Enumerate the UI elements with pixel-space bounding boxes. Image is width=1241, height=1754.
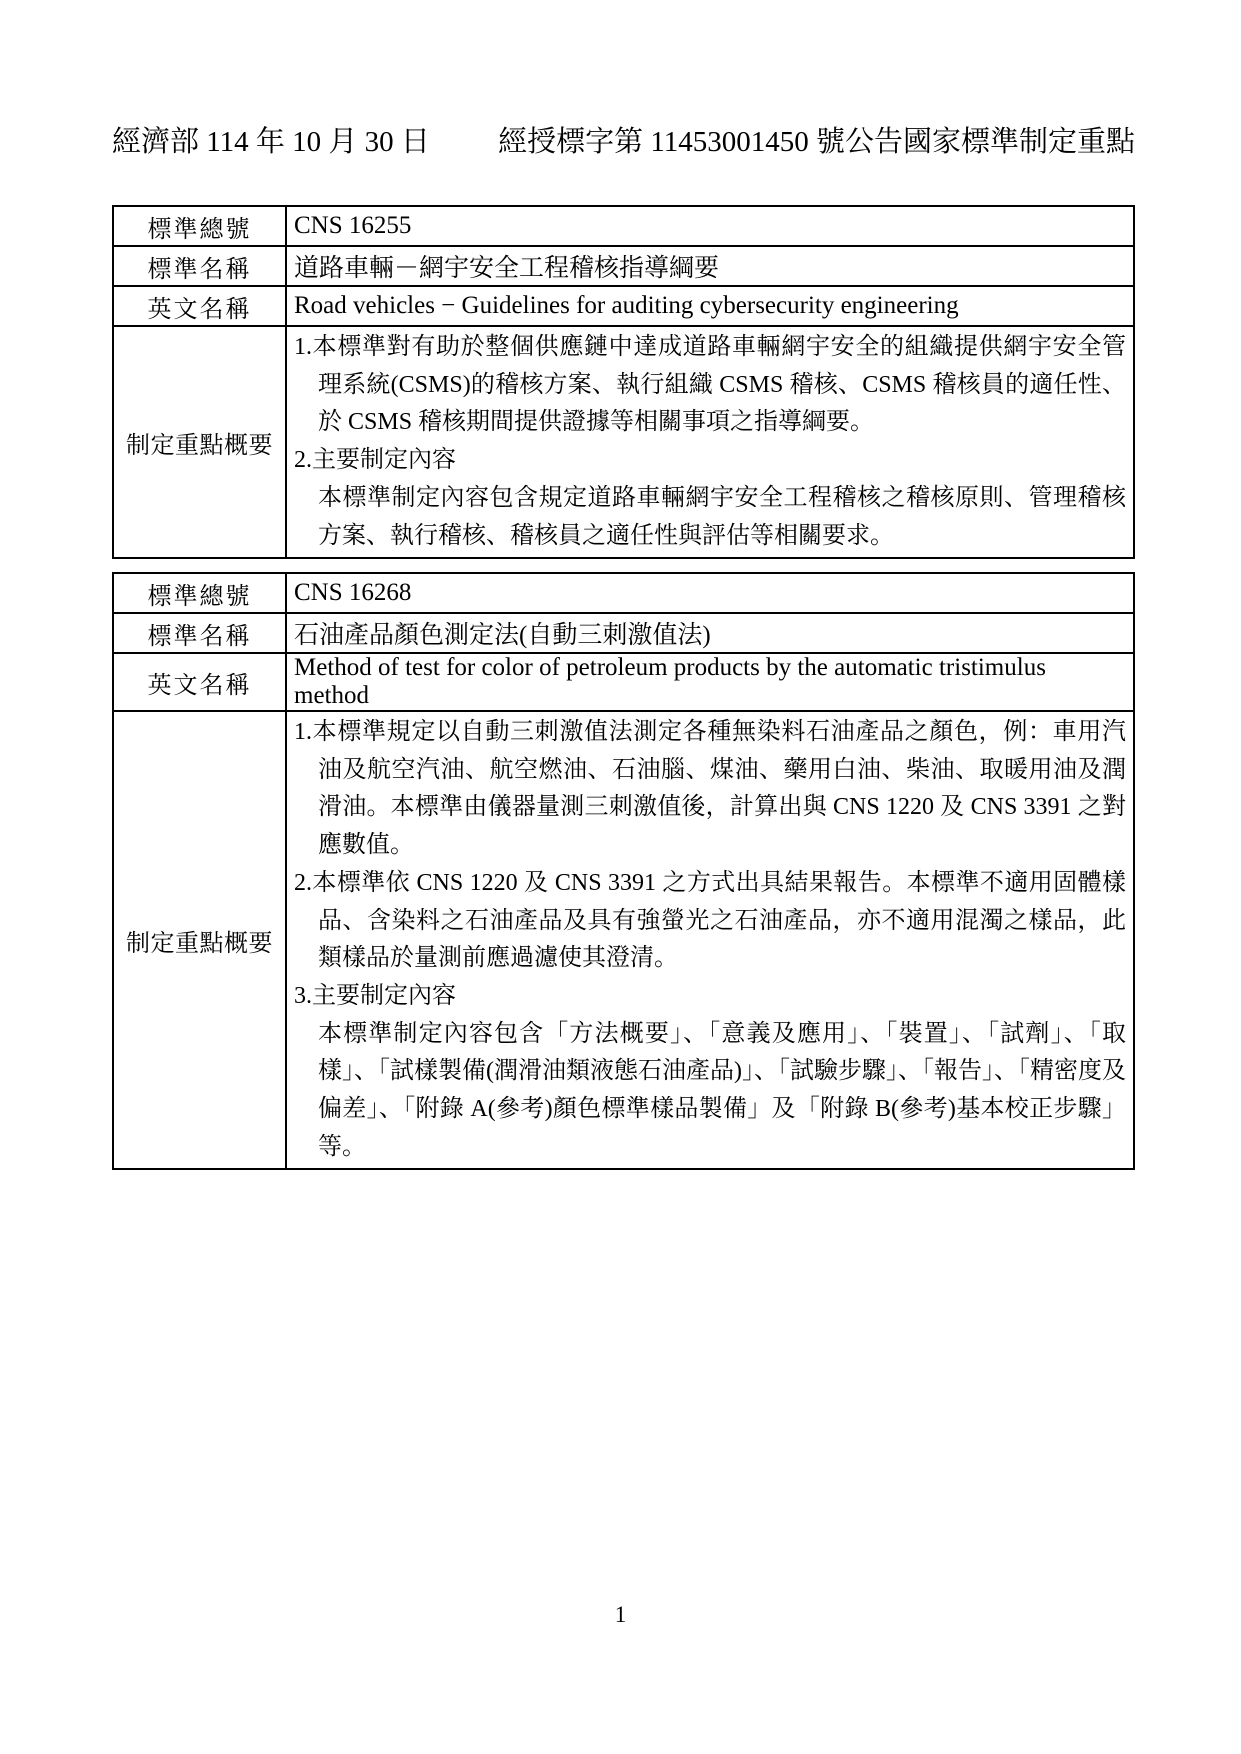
page-number: 1 [0,1602,1241,1628]
std-number-label: 標準總號 [113,573,286,613]
eng-name-label: 英文名稱 [113,286,286,326]
summary-paragraph: 2.主要制定內容 [294,442,1126,480]
table-row: 標準總號 CNS 16268 [113,573,1134,613]
std-name-value: 道路車輛－網宇安全工程稽核指導綱要 [286,246,1134,286]
std-number-value: CNS 16268 [286,573,1134,613]
std-number-label: 標準總號 [113,206,286,246]
summary-content: 1.本標準對有助於整個供應鏈中達成道路車輛網宇安全的組織提供網宇安全管理系統(C… [286,326,1134,558]
table-row: 制定重點概要 1.本標準規定以自動三刺激值法測定各種無染料石油產品之顏色，例：車… [113,711,1134,1169]
document-title-date: 經濟部 114 年 10 月 30 日 [112,124,430,160]
eng-name-label: 英文名稱 [113,653,286,711]
summary-content: 1.本標準規定以自動三刺激值法測定各種無染料石油產品之顏色，例：車用汽油及航空汽… [286,711,1134,1169]
std-name-label: 標準名稱 [113,246,286,286]
eng-name-value: Road vehicles − Guidelines for auditing … [286,286,1134,326]
table-row: 英文名稱 Method of test for color of petrole… [113,653,1134,711]
standard-table-cns-16268: 標準總號 CNS 16268 標準名稱 石油產品顏色測定法(自動三刺激值法) 英… [112,572,1135,1170]
summary-label: 制定重點概要 [113,326,286,558]
eng-name-value: Method of test for color of petroleum pr… [286,653,1134,711]
document-page: 經濟部 114 年 10 月 30 日 經授標字第 11453001450 號公… [0,0,1241,1754]
std-number-value: CNS 16255 [286,206,1134,246]
summary-paragraph: 1.本標準規定以自動三刺激值法測定各種無染料石油產品之顏色，例：車用汽油及航空汽… [294,714,1126,865]
table-row: 英文名稱 Road vehicles − Guidelines for audi… [113,286,1134,326]
table-row: 制定重點概要 1.本標準對有助於整個供應鏈中達成道路車輛網宇安全的組織提供網宇安… [113,326,1134,558]
std-name-value: 石油產品顏色測定法(自動三刺激值法) [286,613,1134,653]
std-name-label: 標準名稱 [113,613,286,653]
summary-paragraph: 本標準制定內容包含規定道路車輛網宇安全工程稽核之稽核原則、管理稽核方案、執行稽核… [294,480,1126,555]
summary-paragraph: 本標準制定內容包含「方法概要」、「意義及應用」、「裝置」、「試劑」、「取樣」、「… [294,1016,1126,1167]
table-row: 標準名稱 道路車輛－網宇安全工程稽核指導綱要 [113,246,1134,286]
document-title: 經濟部 114 年 10 月 30 日 經授標字第 11453001450 號公… [112,124,1135,160]
table-row: 標準名稱 石油產品顏色測定法(自動三刺激值法) [113,613,1134,653]
summary-label: 制定重點概要 [113,711,286,1169]
summary-paragraph: 2.本標準依 CNS 1220 及 CNS 3391 之方式出具結果報告。本標準… [294,865,1126,978]
summary-paragraph: 1.本標準對有助於整個供應鏈中達成道路車輛網宇安全的組織提供網宇安全管理系統(C… [294,329,1126,442]
document-title-subject: 經授標字第 11453001450 號公告國家標準制定重點 [498,124,1135,160]
table-row: 標準總號 CNS 16255 [113,206,1134,246]
summary-paragraph: 3.主要制定內容 [294,978,1126,1016]
standard-table-cns-16255: 標準總號 CNS 16255 標準名稱 道路車輛－網宇安全工程稽核指導綱要 英文… [112,205,1135,559]
